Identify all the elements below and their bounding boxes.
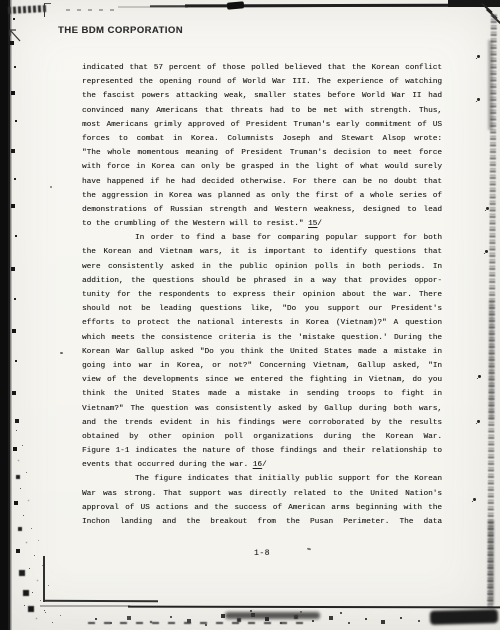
- text-line: demonstrations of Russian strength and W…: [82, 203, 442, 217]
- text-line: addition, the questions should be phrase…: [82, 274, 442, 288]
- scan-speck: [477, 55, 480, 58]
- company-header: THE BDM CORPORATION: [58, 25, 183, 36]
- text-line: the aggression in Korea was planned as o…: [82, 189, 442, 203]
- pen-arrow-mark: [6, 26, 24, 44]
- text-line: Korean War Gallup asked "Do you think th…: [82, 345, 442, 359]
- text-line: War was strong. That support was directl…: [82, 487, 442, 501]
- text-line: think the United States made a mistake i…: [82, 387, 442, 401]
- scan-dash-marks: [66, 9, 114, 11]
- scan-speck: [486, 207, 489, 210]
- scan-edge-bottom-faint: [40, 605, 130, 607]
- scan-edge-left: [0, 0, 12, 630]
- text-line: Figure 1-1 indicates the nature of those…: [82, 444, 442, 458]
- scan-dot: [50, 186, 52, 188]
- text-line: and the trends evident in his findings w…: [82, 416, 442, 430]
- footnote-reference: 16/: [253, 461, 267, 469]
- text-line: Inchon landing and the breakout from the…: [82, 515, 442, 529]
- scan-smudge-top-left: [8, 5, 46, 14]
- scan-noise-bottom: [0, 0, 2, 2]
- text-line: indicated that 57 percent of those polle…: [82, 61, 442, 75]
- text-line: should not be leading questions like, "D…: [82, 302, 442, 316]
- text-block: indicated that 57 percent of those polle…: [82, 61, 442, 529]
- text-line: obtained by other opinion poll organizat…: [82, 430, 442, 444]
- text-line: have happened if he had decided otherwis…: [82, 175, 442, 189]
- scanned-document-page: THE BDM CORPORATION indicated that 57 pe…: [0, 0, 500, 630]
- text-line: The figure indicates that initially publ…: [82, 472, 442, 486]
- scan-blob-top: [227, 1, 245, 9]
- scan-corner-top-right: [448, 0, 500, 7]
- text-line: forces to combat in Korea. Columnists Jo…: [82, 132, 442, 146]
- scan-smear-bottom: [225, 612, 320, 619]
- text-line: were consistently asked in the public op…: [82, 260, 442, 274]
- scan-blob-bottom-right: [430, 609, 498, 625]
- scan-speck: [477, 98, 480, 101]
- text-line: approval of US actions and the success o…: [82, 501, 442, 515]
- text-line: which meets the consistence criteria is …: [82, 331, 442, 345]
- scan-bleedthrough-dark: [488, 40, 493, 130]
- text-line: with force in Korea can only be grasped …: [82, 160, 442, 174]
- text-line: In order to find a base for comparing po…: [82, 231, 442, 245]
- text-line: efforts to protect the national interest…: [82, 316, 442, 330]
- text-line: the fascist powers attacking weak, small…: [82, 89, 442, 103]
- scan-bleedthrough-dark: [489, 300, 494, 420]
- scan-dot: [60, 352, 63, 354]
- text-line: events that occurred during the war. 16/: [82, 458, 442, 472]
- scan-speck: [478, 375, 481, 378]
- text-line: the Korean and Vietnam wars, it is impor…: [82, 245, 442, 259]
- scan-speck: [477, 420, 480, 423]
- text-line: view of the developments since we entere…: [82, 373, 442, 387]
- scan-corner-bracket-vertical: [43, 556, 45, 602]
- scan-speck: [485, 250, 488, 253]
- scan-corner-bracket-horizontal: [43, 600, 158, 602]
- text-line: to the crumbling of the Western will to …: [82, 217, 442, 231]
- text-line: Vietnam?" The question was consistently …: [82, 402, 442, 416]
- scan-speck: [473, 498, 476, 501]
- scan-bleedthrough-dark: [488, 520, 494, 605]
- text-line: going into war in Korea, or not?" Concer…: [82, 359, 442, 373]
- page-number: 1-8: [82, 549, 442, 558]
- scan-smear-dashes: [88, 622, 308, 624]
- scan-edge-bottom: [128, 606, 500, 609]
- footnote-reference: 15/: [308, 220, 322, 228]
- text-line: convinced many Americans that threats ha…: [82, 104, 442, 118]
- text-line: "The whole momentous meaning of Presiden…: [82, 146, 442, 160]
- text-line: represented the opening round of World W…: [82, 75, 442, 89]
- scan-bracket-mark: [44, 3, 51, 17]
- text-line: most Americans grimly approved of Presid…: [82, 118, 442, 132]
- text-line: tunity for the respondents to express th…: [82, 288, 442, 302]
